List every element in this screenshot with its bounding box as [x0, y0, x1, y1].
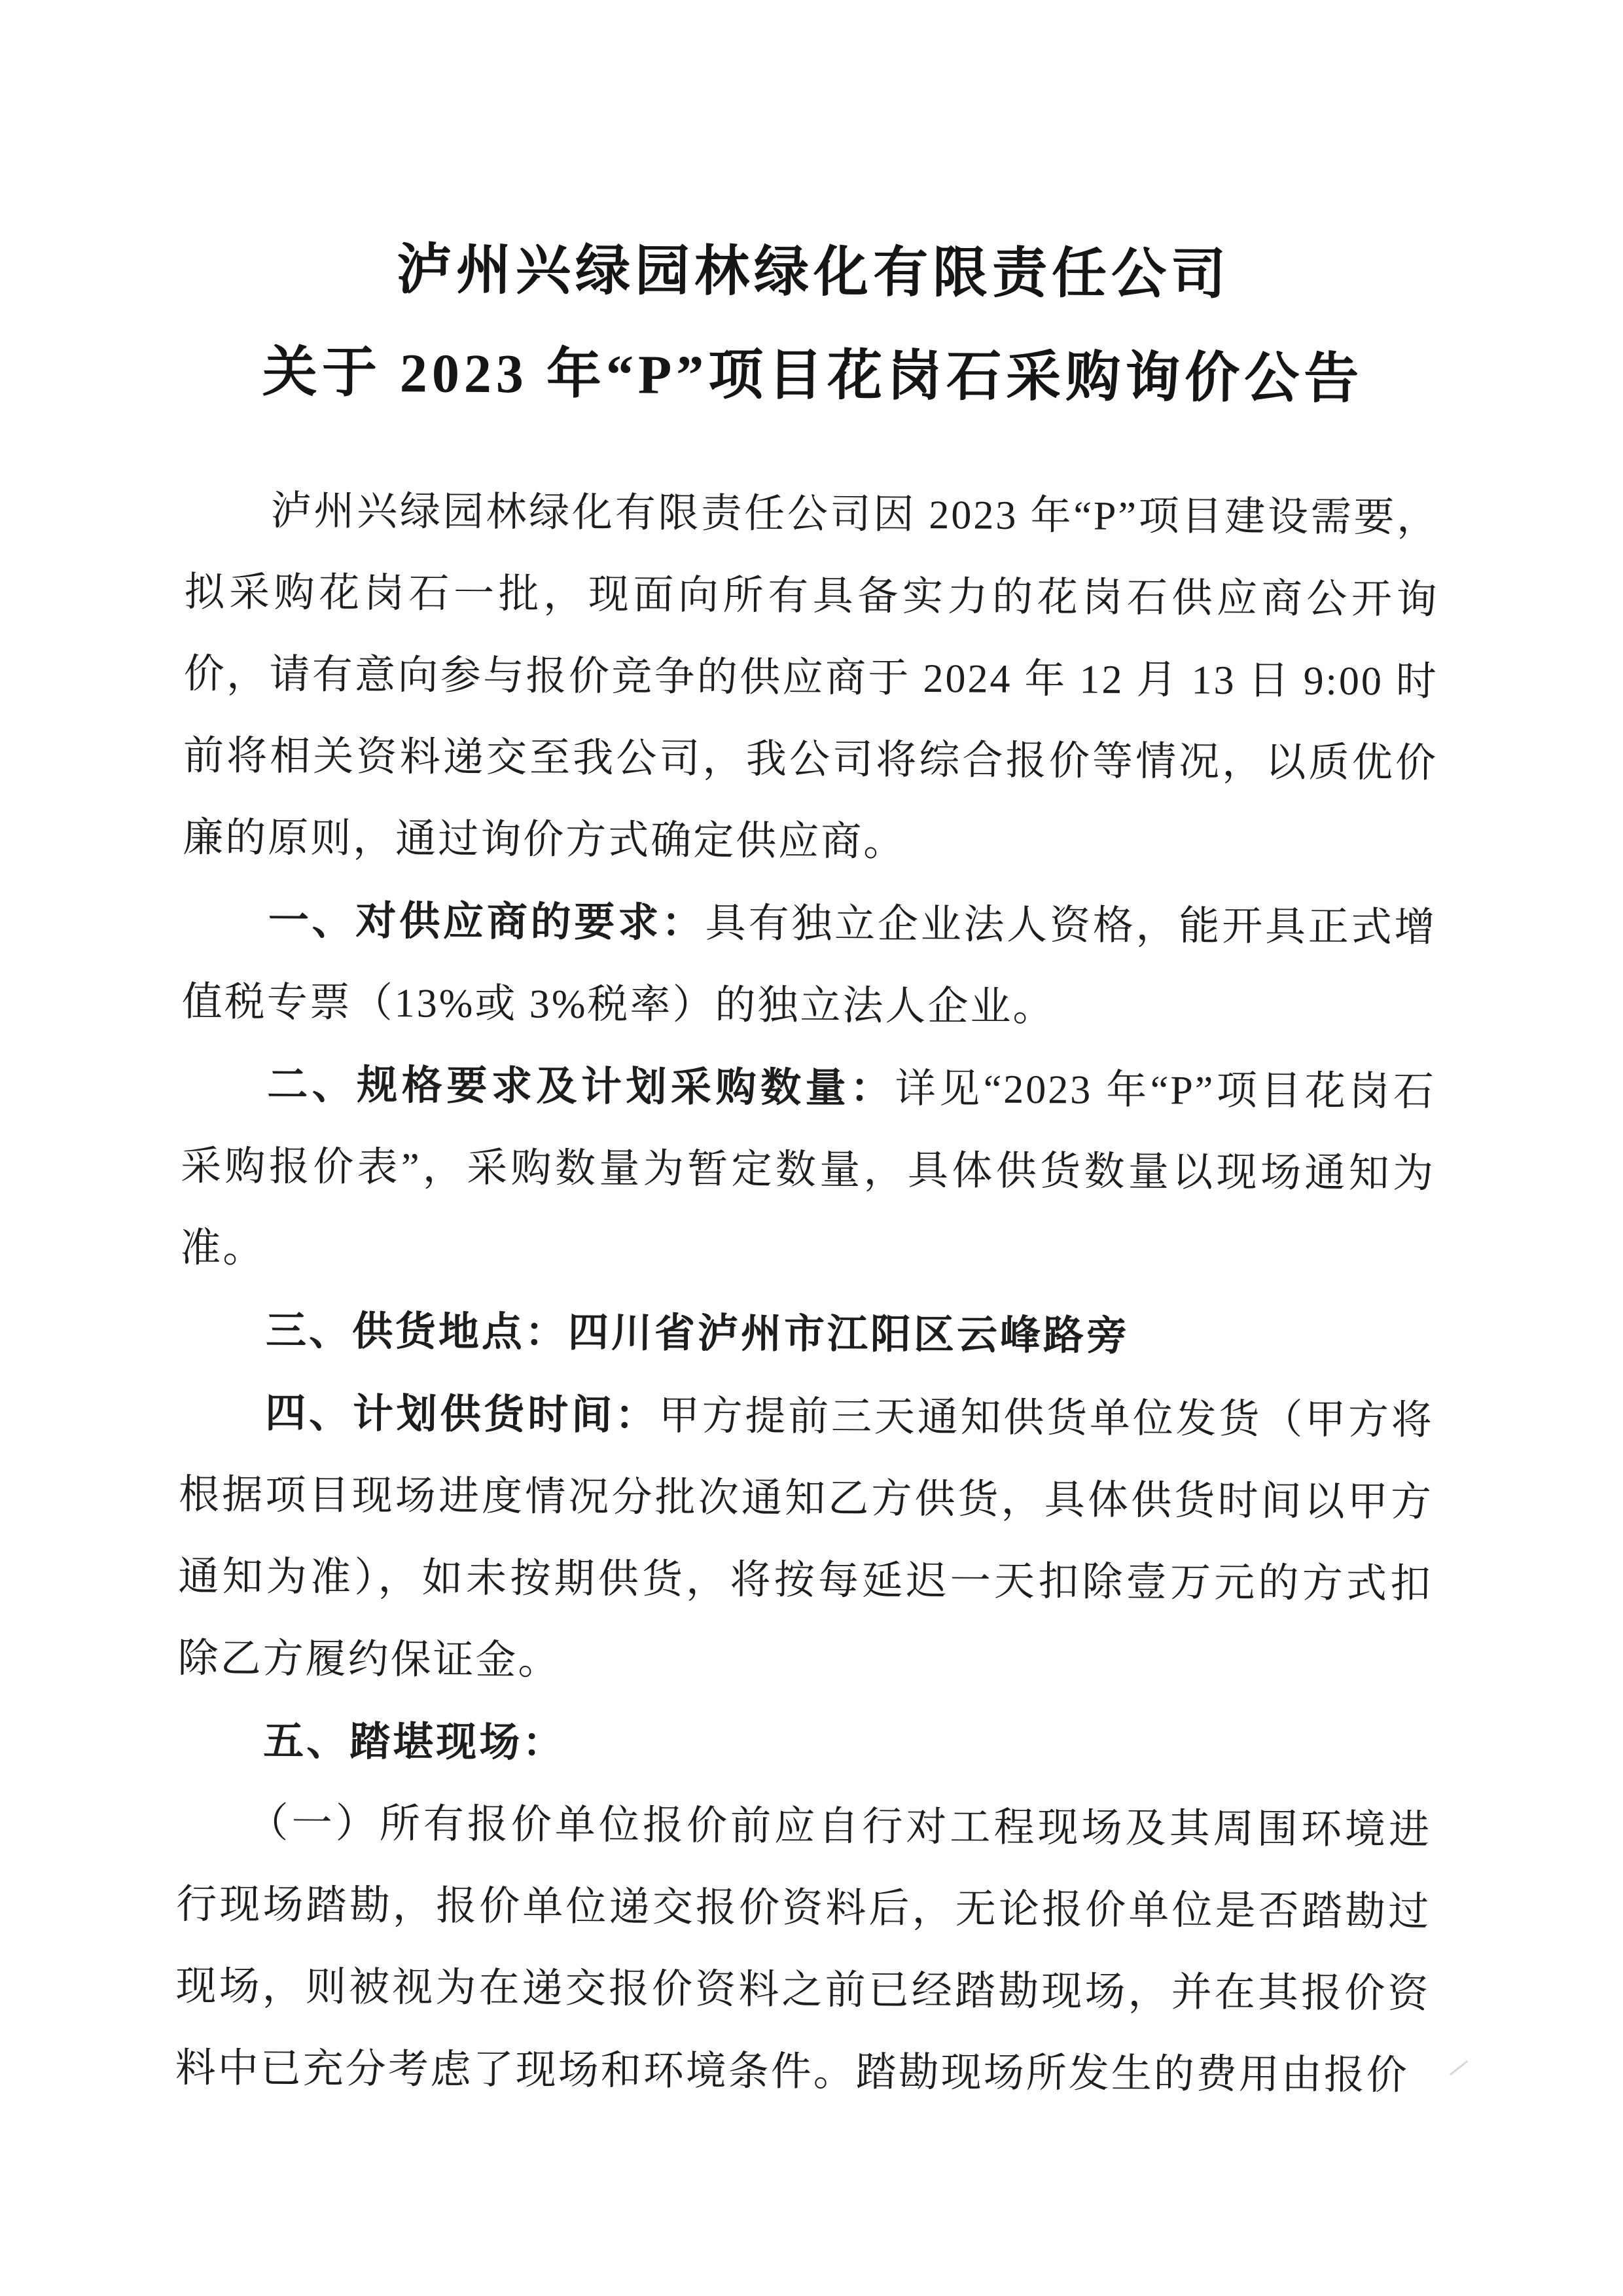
scan-artifact-speck [1373, 675, 1378, 679]
document-title-line-2: 关于 2023 年“P”项目花岗石采购询价公告 [185, 321, 1440, 432]
paragraph-section-3: 三、供货地点：四川省泸州市江阳区云峰路旁 [179, 1289, 1435, 1380]
section-3-heading: 三、供货地点：四川省泸州市江阳区云峰路旁 [266, 1308, 1130, 1359]
document-page: 泸州兴绿园林绿化有限责任公司 关于 2023 年“P”项目花岗石采购询价公告 泸… [0, 0, 1623, 2296]
section-5-item-1-text: （一）所有报价单位报价前应自行对工程现场及其周围环境进行现场踏勘，报价单位递交报… [175, 1801, 1432, 2098]
scan-artifact-stroke [1450, 2060, 1469, 2075]
document-title-line-1: 泸州兴绿园林绿化有限责任公司 [186, 217, 1441, 329]
intro-text: 泸州兴绿园林绿化有限责任公司因 2023 年“P”项目建设需要，拟采购花岗石一批… [183, 489, 1439, 865]
section-2-heading: 二、规格要求及计划采购数量： [267, 1062, 895, 1111]
section-4-heading: 四、计划供货时间： [265, 1391, 659, 1439]
paragraph-intro: 泸州兴绿园林绿化有限责任公司因 2023 年“P”项目建设需要，拟采购花岗石一批… [183, 470, 1440, 887]
document-title: 泸州兴绿园林绿化有限责任公司 关于 2023 年“P”项目花岗石采购询价公告 [185, 217, 1441, 432]
section-1-heading: 一、对供应商的要求： [268, 898, 705, 946]
document-body: 泸州兴绿园林绿化有限责任公司因 2023 年“P”项目建设需要，拟采购花岗石一批… [175, 470, 1439, 2117]
paragraph-section-5: 五、踏堪现场： [177, 1700, 1432, 1790]
section-5-heading: 五、踏堪现场： [263, 1719, 565, 1766]
paragraph-section-1: 一、对供应商的要求：具有独立企业法人资格，能开具正式增值税专票（13%或 3%税… [181, 879, 1436, 1051]
paragraph-section-5-item-1: （一）所有报价单位报价前应自行对工程现场及其周围环境进行现场踏勘，报价单位递交报… [175, 1782, 1431, 2117]
paragraph-section-4: 四、计划供货时间：甲方提前三天通知供货单位发货（甲方将根据项目现场进度情况分批次… [177, 1372, 1434, 1708]
scanned-document: { "colors": { "paper": "#ffffff", "ink":… [0, 0, 1623, 2296]
section-4-text: 甲方提前三天通知供货单位发货（甲方将根据项目现场进度情况分批次通知乙方供货，具体… [177, 1394, 1434, 1683]
page-content: 泸州兴绿园林绿化有限责任公司 关于 2023 年“P”项目花岗石采购询价公告 泸… [175, 217, 1441, 2117]
paragraph-section-2: 二、规格要求及计划采购数量：详见“2023 年“P”项目花岗石采购报价表”，采购… [180, 1043, 1436, 1297]
